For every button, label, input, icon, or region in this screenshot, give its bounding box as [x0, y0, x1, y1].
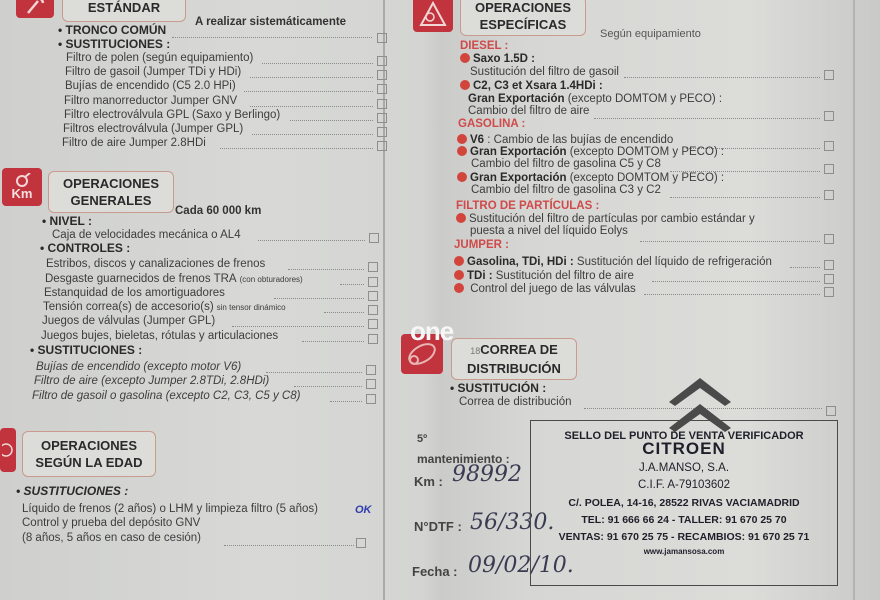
checkbox-estandar-item[interactable]	[377, 141, 387, 151]
checkbox-tronco-comun[interactable]	[377, 33, 387, 43]
clock-icon	[0, 428, 16, 472]
checkbox-controles-item[interactable]	[368, 319, 378, 329]
item-text: Sustitución del filtro de partículas por…	[469, 213, 755, 225]
gasolina-item-text: Cambio del filtro de gasolina C5 y C8	[471, 158, 661, 170]
gran-exportacion-label: Gran Exportación	[470, 172, 567, 184]
page-number: 18	[470, 346, 480, 356]
gran-exportacion-label: Gran Exportación	[468, 93, 565, 105]
number-badge-icon	[457, 146, 467, 156]
controles-item-text: Juegos bujes, bieletas, rótulas y articu…	[41, 330, 278, 342]
page-edge	[853, 0, 855, 600]
estandar-item: Filtro de polen (según equipamiento)	[66, 52, 253, 64]
checkbox-gasolina-1[interactable]	[824, 141, 834, 151]
checkbox-diesel-1[interactable]	[824, 70, 834, 80]
checkbox-generales-sustitucion[interactable]	[366, 365, 376, 375]
controles-item-note: sin tensor dinámico	[217, 303, 286, 312]
leader-line	[250, 77, 373, 78]
leader-line	[670, 197, 820, 198]
edad-sustituciones-label: • SUSTITUCIONES :	[16, 484, 128, 498]
stamp-company: J.A.MANSO, S.A.	[531, 462, 837, 474]
estandar-subtitle: A realizar sistemáticamente	[195, 16, 346, 28]
title-line: DISTRIBUCIÓN	[467, 360, 561, 377]
checkbox-controles-item[interactable]	[368, 305, 378, 315]
number-badge-icon	[457, 134, 467, 144]
section-title-especificas: OPERACIONESESPECÍFICAS	[460, 0, 586, 36]
section-title-generales: OPERACIONESGENERALES	[48, 171, 174, 213]
gasolina-item: Gran Exportación (excepto DOMTOM y PECO)…	[457, 172, 724, 184]
leader-line	[258, 240, 365, 241]
number-badge-icon	[454, 283, 464, 293]
checkbox-estandar-item[interactable]	[377, 70, 387, 80]
checkbox-diesel-2[interactable]	[824, 111, 834, 121]
section-title-edad: OPERACIONESSEGÚN LA EDAD	[22, 431, 156, 477]
diesel-item-title: Saxo 1.5D :	[460, 53, 535, 65]
controles-item: Tensión correa(s) de accesorio(s)sin ten…	[43, 301, 286, 313]
item-text: Sustitución del líquido de refrigeración	[577, 256, 772, 268]
checkbox-estandar-item[interactable]	[377, 99, 387, 109]
jumper-item: Control del juego de las válvulas	[454, 283, 636, 295]
checkbox-jumper-2[interactable]	[824, 274, 834, 284]
estandar-item: Filtro de aire Jumper 2.8HDi	[62, 137, 206, 149]
item-text: Sustitución del filtro de aire	[496, 270, 634, 282]
model-label: TDi :	[467, 270, 493, 282]
checkbox-estandar-item[interactable]	[377, 84, 387, 94]
number-badge-icon	[456, 213, 466, 223]
checkbox-jumper-1[interactable]	[824, 260, 834, 270]
maintenance-booklet-page: ESTÁNDAR A realizar sistemáticamente • T…	[0, 0, 880, 600]
leader-line	[644, 294, 820, 295]
checkbox-controles-item[interactable]	[368, 262, 378, 272]
generales-sustitucion-item: Filtro de aire (excepto Jumper 2.8TDi, 2…	[34, 375, 269, 387]
nivel-label: • NIVEL :	[42, 214, 92, 228]
diesel-item-title: C2, C3 et Xsara 1.4HDi :	[460, 80, 603, 92]
edad-item: Control y prueba del depósito GNV	[22, 517, 200, 529]
checkbox-generales-sustitucion[interactable]	[366, 394, 376, 404]
model-label: C2, C3 et Xsara 1.4HDi :	[473, 80, 603, 92]
note: (excepto DOMTOM y PECO) :	[568, 93, 722, 105]
gran-exportacion-label: Gran Exportación	[470, 146, 567, 158]
number-badge-icon	[454, 256, 464, 266]
section-title-text: ESTÁNDAR	[88, 0, 160, 16]
ok-handwritten-check: OK	[355, 504, 372, 516]
jumper-label: JUMPER :	[454, 239, 509, 251]
checkbox-estandar-item[interactable]	[377, 113, 387, 123]
controles-item-note: (con obturadores)	[240, 275, 303, 284]
leader-line	[790, 267, 820, 268]
checkbox-nivel-item[interactable]	[369, 233, 379, 243]
checkbox-estandar-item[interactable]	[377, 56, 387, 66]
section-title-estandar: ESTÁNDAR	[62, 0, 186, 22]
title-line: CORREA DE	[480, 342, 558, 357]
model-label: Saxo 1.5D :	[473, 53, 535, 65]
leader-line	[244, 91, 373, 92]
title-line: ESPECÍFICAS	[475, 16, 571, 33]
number-badge-icon	[460, 53, 470, 63]
checkbox-controles-item[interactable]	[368, 291, 378, 301]
title-line: OPERACIONES	[63, 175, 159, 192]
wrench-icon	[16, 0, 54, 18]
leader-line	[594, 118, 820, 119]
diesel-item-text: Sustitución del filtro de gasoil	[470, 66, 619, 78]
sustituciones-label: • SUSTITUCIONES :	[58, 37, 170, 51]
leader-line	[330, 401, 362, 402]
leader-line	[624, 77, 820, 78]
number-badge-icon	[460, 80, 470, 90]
km-label: Km	[12, 187, 33, 201]
note: (excepto DOMTOM y PECO) :	[570, 172, 724, 184]
estandar-item: Filtro electroválvula GPL (Saxo y Berlin…	[64, 109, 280, 121]
leader-line	[290, 120, 373, 121]
edad-item: (8 años, 5 años en caso de cesión)	[22, 532, 201, 544]
controles-item-text: Estanquidad de los amortiguadores	[44, 287, 225, 299]
leader-line	[252, 134, 373, 135]
controles-item-text: Tensión correa(s) de accesorio(s)	[43, 301, 214, 313]
model-label: Gasolina, TDi, HDi :	[467, 256, 574, 268]
leader-line	[224, 545, 354, 546]
leader-line	[274, 298, 364, 299]
title-line: GENERALES	[63, 192, 159, 209]
gasolina-item: V6 : Cambio de las bujías de encendido	[457, 134, 673, 146]
stamp-address: C/. POLEA, 14-16, 28522 RIVAS VACIAMADRI…	[531, 497, 837, 509]
km-wrench-icon: Km	[2, 168, 42, 206]
correa-item: Correa de distribución	[459, 396, 572, 408]
controles-item: Juegos de válvulas (Jumper GPL)	[42, 315, 215, 327]
tronco-comun-label: • TRONCO COMÚN	[58, 23, 166, 37]
estandar-item: Filtro de gasoil (Jumper TDi y HDi)	[65, 66, 241, 78]
stamp-phones: VENTAS: 91 670 25 75 - RECAMBIOS: 91 670…	[531, 531, 837, 543]
diesel-item-sub: Gran Exportación (excepto DOMTOM y PECO)…	[468, 93, 722, 105]
item-text: Control del juego de las válvulas	[470, 283, 636, 295]
gasolina-label: GASOLINA :	[458, 118, 525, 130]
checkbox-jumper-3[interactable]	[824, 287, 834, 297]
checkbox-controles-item[interactable]	[368, 277, 378, 287]
controles-item-text: Estribos, discos y canalizaciones de fre…	[46, 258, 265, 270]
correa-sustitucion-label: • SUSTITUCIÓN :	[450, 381, 546, 395]
number-badge-icon	[457, 172, 467, 182]
dealer-stamp: SELLO DEL PUNTO DE VENTA VERIFICADOR CIT…	[530, 420, 838, 586]
leader-line	[288, 269, 364, 270]
leader-line	[640, 241, 820, 242]
fecha-field-label: Fecha :	[412, 564, 458, 579]
generales-sustituciones-label: • SUSTITUCIONES :	[30, 343, 142, 357]
number-badge-icon	[454, 270, 464, 280]
section-title-correa: 18CORREA DE DISTRIBUCIÓN	[451, 338, 577, 380]
estandar-item: Filtros electroválvula (Jumper GPL)	[63, 123, 243, 135]
generales-sustitucion-item: Bujías de encendido (excepto motor V6)	[36, 361, 241, 373]
leader-line	[220, 148, 373, 149]
jumper-item: TDi : Sustitución del filtro de aire	[454, 270, 634, 282]
leader-line	[232, 326, 364, 327]
checkbox-controles-item[interactable]	[368, 334, 378, 344]
title-line: OPERACIONES	[475, 0, 571, 16]
controles-item-text: Desgaste guarnecidos de frenos TRA	[45, 273, 237, 285]
stamp-phones: TEL: 91 666 66 24 - TALLER: 91 670 25 70	[531, 514, 837, 526]
generales-sustitucion-item: Filtro de gasoil o gasolina (excepto C2,…	[32, 390, 300, 402]
controles-item-text: Juegos de válvulas (Jumper GPL)	[42, 315, 215, 327]
controles-item: Desgaste guarnecidos de frenos TRA(con o…	[45, 273, 303, 285]
leader-line	[250, 106, 373, 107]
estandar-item: Filtro manorreductor Jumper GNV	[64, 95, 237, 107]
checkbox-estandar-item[interactable]	[377, 127, 387, 137]
model-label: V6	[470, 134, 484, 146]
estandar-item: Bujías de encendido (C5 2.0 HPi)	[65, 80, 236, 92]
controles-item: Juegos bujes, bieletas, rótulas y articu…	[41, 330, 278, 342]
dtf-field-label: N°DTF :	[414, 519, 462, 534]
maintenance-ordinal: 5º	[417, 433, 427, 445]
controles-item: Estribos, discos y canalizaciones de fre…	[46, 258, 265, 270]
checkbox-gnv[interactable]	[356, 538, 366, 548]
gasolina-item-text: Cambio del filtro de gasolina C3 y C2	[471, 184, 661, 196]
title-line: SEGÚN LA EDAD	[35, 454, 142, 471]
diesel-label: DIESEL :	[460, 40, 508, 52]
warning-hand-icon	[413, 0, 453, 32]
km-field-value[interactable]: 98992	[452, 462, 522, 487]
gasolina-item: Gran Exportación (excepto DOMTOM y PECO)…	[457, 146, 724, 158]
checkbox-correa[interactable]	[826, 406, 836, 416]
leader-line	[652, 281, 820, 282]
leader-line	[294, 386, 362, 387]
jumper-item: Gasolina, TDi, HDi : Sustitución del líq…	[454, 256, 772, 268]
particulas-item: Sustitución del filtro de partículas por…	[456, 213, 755, 225]
nivel-item: Caja de velocidades mecánica o AL4	[52, 229, 241, 241]
edad-item: Líquido de frenos (2 años) o LHM y limpi…	[22, 503, 318, 515]
especificas-subtitle: Según equipamiento	[600, 28, 701, 40]
checkbox-gasolina-2[interactable]	[824, 164, 834, 174]
checkbox-gasolina-3[interactable]	[824, 190, 834, 200]
note: (excepto DOMTOM y PECO) :	[570, 146, 724, 158]
leader-line	[262, 63, 373, 64]
title-line: OPERACIONES	[35, 437, 142, 454]
stamp-brand: CITROEN	[531, 439, 837, 459]
item-text: : Cambio de las bujías de encendido	[487, 134, 673, 146]
particulas-item-cont: puesta a nivel del líquido Eolys	[470, 225, 628, 237]
controles-label: • CONTROLES :	[40, 241, 130, 255]
checkbox-generales-sustitucion[interactable]	[366, 379, 376, 389]
leader-line	[172, 37, 372, 38]
generales-subtitle: Cada 60 000 km	[175, 205, 261, 217]
leader-line	[266, 372, 362, 373]
checkbox-particulas[interactable]	[824, 234, 834, 244]
leader-line	[302, 341, 364, 342]
diesel-item-text: Cambio del filtro de aire	[468, 105, 589, 117]
watermark-logo: one	[410, 316, 453, 347]
controles-item: Estanquidad de los amortiguadores	[44, 287, 225, 299]
stamp-website: www.jamansosa.com	[531, 547, 837, 556]
leader-line	[340, 284, 364, 285]
particulas-label: FILTRO DE PARTÍCULAS :	[456, 200, 599, 212]
stamp-cif: C.I.F. A-79103602	[531, 479, 837, 491]
km-field-label: Km :	[414, 474, 443, 489]
leader-line	[324, 312, 364, 313]
